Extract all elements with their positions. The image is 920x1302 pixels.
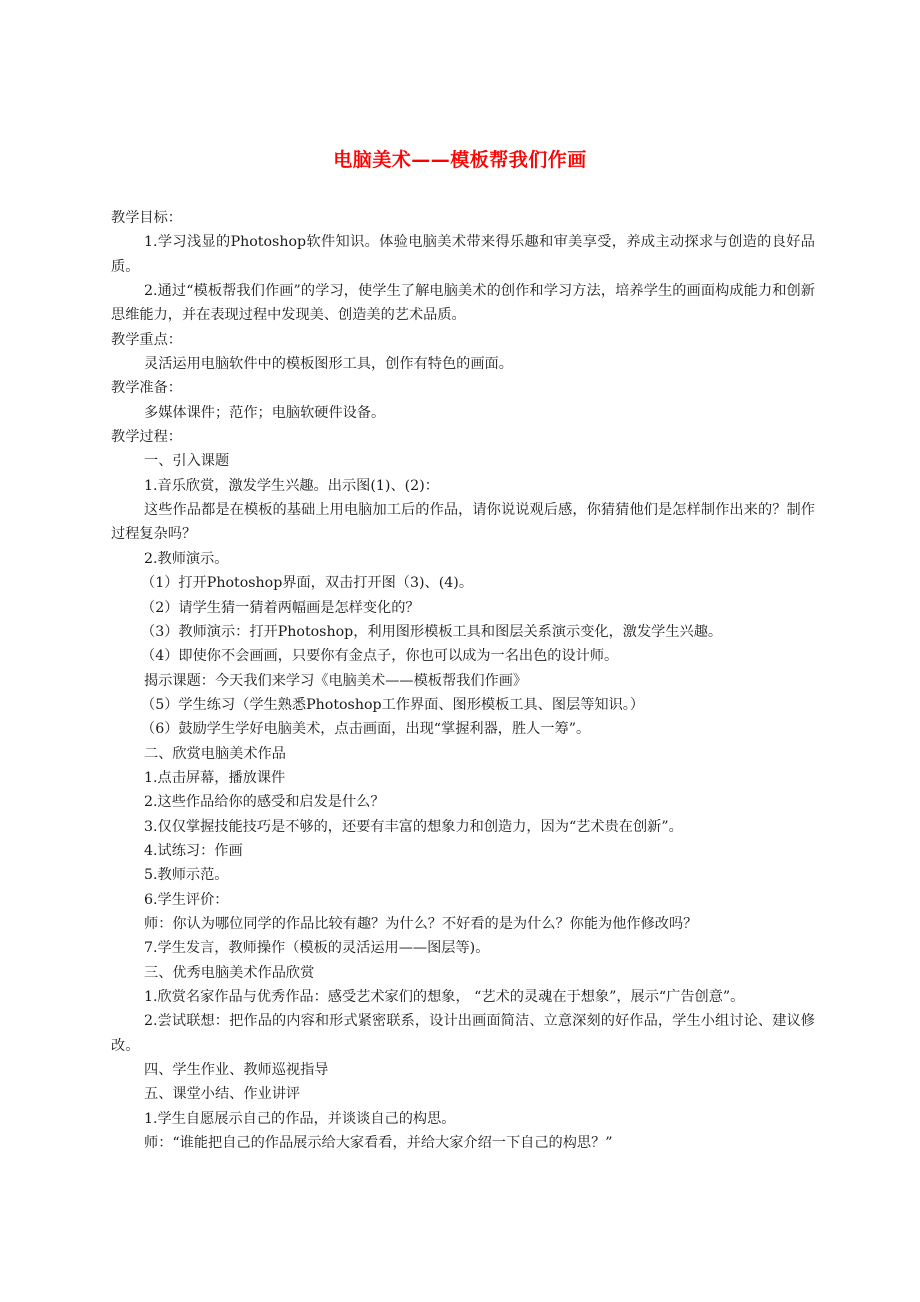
process-line: （6）鼓励学生学好电脑美术，点击画面，出现“掌握利器，胜人一筹”。 <box>111 717 815 741</box>
process-line: （1）打开Photoshop界面，双击打开图（3)、(4)。 <box>111 571 815 595</box>
process-line: 这些作品都是在模板的基础上用电脑加工后的作品，请你说说观后感，你猜猜他们是怎样制… <box>111 498 815 547</box>
process-line: 揭示课题：今天我们来学习《电脑美术——模板帮我们作画》 <box>111 669 815 693</box>
document-body: 教学目标： 1.学习浅显的Photoshop软件知识。体验电脑美术带来得乐趣和审… <box>111 206 815 1155</box>
process-line: 1.欣赏名家作品与优秀作品：感受艺术家们的想象， “艺术的灵魂在于想象”，展示“… <box>111 985 815 1009</box>
document-title: 电脑美术——模板帮我们作画 <box>0 147 920 173</box>
process-line: 师：“谁能把自己的作品展示给大家看看，并给大家介绍一下自己的构思？” <box>111 1131 815 1155</box>
preparation-item: 多媒体课件；范作；电脑软硬件设备。 <box>111 401 815 425</box>
process-line: （2）请学生猜一猜着两幅画是怎样变化的？ <box>111 596 815 620</box>
process-line: 5.教师示范。 <box>111 863 815 887</box>
preparation-heading: 教学准备： <box>111 376 815 400</box>
process-line: 1.学生自愿展示自己的作品，并谈谈自己的构思。 <box>111 1107 815 1131</box>
process-line: 7.学生发言，教师操作（模板的灵活运用——图层等)。 <box>111 936 815 960</box>
process-line: 师：你认为哪位同学的作品比较有趣？为什么？不好看的是为什么？你能为他作修改吗？ <box>111 912 815 936</box>
document-page: 电脑美术——模板帮我们作画 教学目标： 1.学习浅显的Photoshop软件知识… <box>0 0 920 1302</box>
process-line: 1.点击屏幕，播放课件 <box>111 766 815 790</box>
objective-item: 2.通过“模板帮我们作画”的学习，使学生了解电脑美术的创作和学习方法，培养学生的… <box>111 279 815 328</box>
process-heading: 教学过程： <box>111 425 815 449</box>
process-line: （5）学生练习（学生熟悉Photoshop工作界面、图形模板工具、图层等知识。） <box>111 693 815 717</box>
key-point-item: 灵活运用电脑软件中的模板图形工具，创作有特色的画面。 <box>111 352 815 376</box>
process-section-heading: 一、引入课题 <box>111 449 815 473</box>
objective-item: 1.学习浅显的Photoshop软件知识。体验电脑美术带来得乐趣和审美享受，养成… <box>111 230 815 279</box>
process-section-heading: 三、优秀电脑美术作品欣赏 <box>111 961 815 985</box>
process-line: 2.尝试联想：把作品的内容和形式紧密联系，设计出画面简洁、立意深刻的好作品，学生… <box>111 1009 815 1058</box>
process-line: 2.这些作品给你的感受和启发是什么？ <box>111 790 815 814</box>
key-points-heading: 教学重点： <box>111 328 815 352</box>
process-line: 4.试练习：作画 <box>111 839 815 863</box>
process-section-heading: 五、课堂小结、作业讲评 <box>111 1082 815 1106</box>
process-line: 1.音乐欣赏，激发学生兴趣。出示图(1)、(2)： <box>111 474 815 498</box>
process-section-heading: 四、学生作业、教师巡视指导 <box>111 1058 815 1082</box>
process-line: （4）即使你不会画画，只要你有金点子，你也可以成为一名出色的设计师。 <box>111 644 815 668</box>
objectives-heading: 教学目标： <box>111 206 815 230</box>
process-line: （3）教师演示：打开Photoshop，利用图形模板工具和图层关系演示变化，激发… <box>111 620 815 644</box>
process-line: 2.教师演示。 <box>111 547 815 571</box>
process-line: 6.学生评价： <box>111 888 815 912</box>
process-line: 3.仅仅掌握技能技巧是不够的，还要有丰富的想象力和创造力，因为“艺术贵在创新”。 <box>111 815 815 839</box>
process-section-heading: 二、欣赏电脑美术作品 <box>111 742 815 766</box>
